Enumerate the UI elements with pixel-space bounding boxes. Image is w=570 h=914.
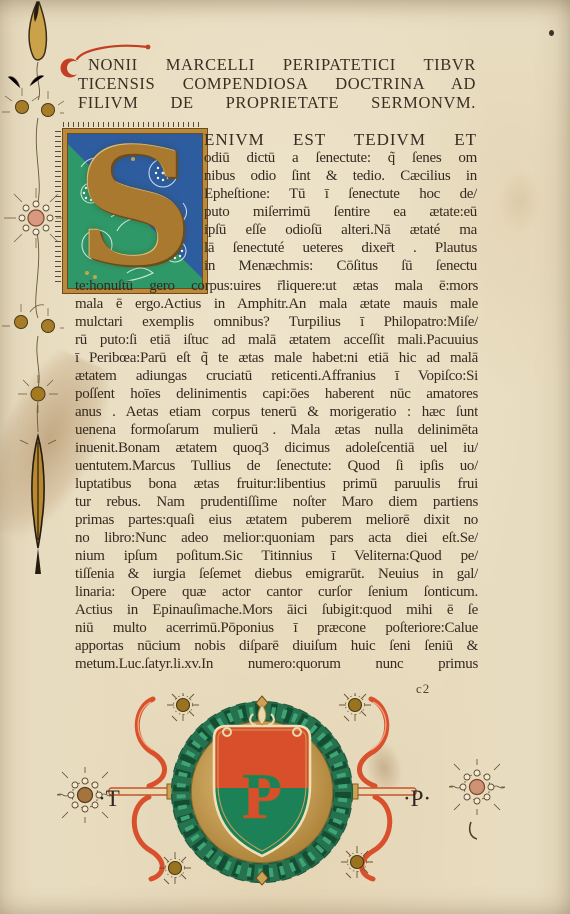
rosette-icon <box>57 767 113 823</box>
text-line: nium ipſum poſitum.Sic Titinnius ī Velit… <box>75 547 478 565</box>
text-line: tiſſenia & iurgia ſeſemet diebus emigrar… <box>75 565 478 583</box>
text-line: te:honuſtū gero corpus:uires r̄liquere:u… <box>75 277 478 295</box>
emblem-letter-P: ·P· <box>403 786 430 811</box>
text-line: linaria: Opere quæ actor cantor curſor ſ… <box>75 583 478 601</box>
title-line: NONII MARCELLI PERIPATETICI TIBVR <box>78 55 476 74</box>
margin-penwork-ornaments <box>0 0 64 640</box>
flame-finial-icon <box>29 2 46 60</box>
text-line: Epheſtione: Tū ī ſenectute hoc de/ <box>204 185 477 203</box>
pen-hatching <box>55 131 61 283</box>
text-line: lā ſenectuté ueteres dixer̄t . Plautus <box>204 239 477 257</box>
text-line: uenena formoſarum mulierū . Mala ætas nu… <box>75 421 478 439</box>
text-line: luptatibus bona ætas fruitur:libentius p… <box>75 475 478 493</box>
text-line: no libro:Nunc adeo melior:quoniam pars a… <box>75 529 478 547</box>
title-line: TICENSIS COMPENDIOSA DOCTRINA AD <box>78 74 476 93</box>
text-line: ipſū eſſe odioſū alteri.Nā ætaté ma <box>204 221 477 239</box>
text-line: puto miſerrimū ſentire ea ætate:eū <box>204 203 477 221</box>
text-line: metum.Luc.ſatyr.li.xv.In numero:quorum n… <box>75 655 478 673</box>
shield-letter: P <box>242 760 282 833</box>
gold-boss-icon <box>2 304 64 333</box>
text-line: odiū dictū a ſenectute: q̃ ſenes om <box>204 149 477 167</box>
ink-stain <box>498 168 542 234</box>
text-line: poſſent hoīes delinimentis capi:ōes habe… <box>75 385 478 403</box>
illuminated-initial: S <box>63 129 207 293</box>
text-line: inuenit.Bonam ætatem quoq3 dicimus adole… <box>75 439 478 457</box>
gold-boss-icon <box>2 75 64 116</box>
text-line: mulctari exemplis omnibus? Turpilius ī P… <box>75 313 478 331</box>
text-line: rū puto:ſi etiā iſtuc ad malā ætatem acc… <box>75 331 478 349</box>
text-line: tur rebus. Nam prudentiſſime noſter Maro… <box>75 493 478 511</box>
printer-device-emblem: P ·T ·P· <box>95 693 430 888</box>
text-line: in Menæchmis: Cōſitus ſū ſenectu <box>204 257 477 275</box>
text-line: ENIVM EST TEDIVM ET <box>204 131 477 149</box>
text-line: primas partes:quaſi eius ætatem puberem … <box>75 511 478 529</box>
text-line: mala ē ergo.Actius in Amphitr.An mala æt… <box>75 295 478 313</box>
text-line: ætatem adiungas cruciatū reticenti.Affra… <box>75 367 478 385</box>
text-column-full: te:honuſtū gero corpus:uires r̄liquere:u… <box>75 277 478 673</box>
text-line: anus . Aetas etiam corpus tenerū & morig… <box>75 403 478 421</box>
text-line: niū multo acerrimū.Pōponius ī præcone po… <box>75 619 478 637</box>
ink-speck <box>549 30 554 36</box>
text-line: nibus odio ſint & tedio. Cæcilius in <box>204 167 477 185</box>
title-block: NONII MARCELLI PERIPATETICI TIBVR TICENS… <box>78 55 476 112</box>
gold-boss-icon <box>18 375 58 413</box>
text-line: uentutem.Marcus Tullius de ſenectute: Qu… <box>75 457 478 475</box>
pen-mark <box>466 820 480 842</box>
text-line: apportas nūcium nobis diſparē diuiſum hu… <box>75 637 478 655</box>
text-line: Actius in Epinauſimache.Mors āici ſubigi… <box>75 601 478 619</box>
dart-leaf-icon <box>20 436 56 574</box>
text-line: ī Peribœa:Parū eſt q̃ te ætas male habet… <box>75 349 478 367</box>
manuscript-page: NONII MARCELLI PERIPATETICI TIBVR TICENS… <box>0 0 570 914</box>
text-column-indented: ENIVM EST TEDIVM ET odiū dictū a ſenectu… <box>204 131 477 275</box>
rosette-icon <box>449 759 505 815</box>
